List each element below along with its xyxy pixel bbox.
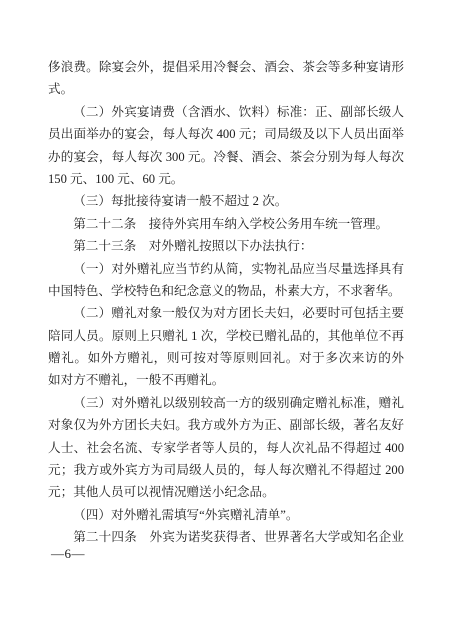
- text-line: 员出面举办的宴会，每人每次 400 元；司局级及以下人员出面举: [48, 123, 404, 145]
- text-line: 式。: [48, 78, 404, 100]
- text-line: 对象仅为外方团长夫妇。我方或外方为正、副部长级，著名友好: [48, 414, 404, 436]
- text-line: 第二十二条 接待外宾用车纳入学校公务用车统一管理。: [48, 213, 404, 235]
- text-line: 办的宴会，每人每次 300 元。冷餐、酒会、茶会分别为每人每次: [48, 146, 404, 168]
- text-line: （四）对外赠礼需填写“外宾赠礼清单”。: [48, 504, 404, 526]
- text-line: 陪同人员。原则上只赠礼 1 次，学校已赠礼品的，其他单位不再: [48, 325, 404, 347]
- text-line: （二）赠礼对象一般仅为对方团长夫妇，必要时可包括主要: [48, 302, 404, 324]
- text-line: （二）外宾宴请费（含酒水、饮料）标准：正、副部长级人: [48, 101, 404, 123]
- text-line: （一）对外赠礼应当节约从简，实物礼品应当尽量选择具有: [48, 258, 404, 280]
- document-page: 侈浪费。除宴会外，提倡采用冷餐会、酒会、茶会等多种宴请形式。（二）外宾宴请费（含…: [0, 0, 452, 622]
- text-line: 元；其他人员可以视情况赠送小纪念品。: [48, 481, 404, 503]
- document-text-block: 侈浪费。除宴会外，提倡采用冷餐会、酒会、茶会等多种宴请形式。（二）外宾宴请费（含…: [48, 56, 404, 549]
- text-line: 赠礼。如外方赠礼，则可按对等原则回礼。对于多次来访的外宾，: [48, 347, 404, 369]
- text-line: 人士、社会名流、专家学者等人员的，每人次礼品不得超过 400: [48, 437, 404, 459]
- text-line: （三）每批接待宴请一般不超过 2 次。: [48, 190, 404, 212]
- text-line: 第二十四条 外宾为诺奖获得者、世界著名大学或知名企业: [48, 526, 404, 548]
- page-number: —6—: [51, 543, 85, 565]
- text-line: （三）对外赠礼以级别较高一方的级别确定赠礼标准，赠礼: [48, 392, 404, 414]
- text-line: 中国特色、学校特色和纪念意义的物品，朴素大方，不求奢华。: [48, 280, 404, 302]
- text-line: 元；我方或外宾方为司局级人员的，每人每次赠礼不得超过 200: [48, 459, 404, 481]
- text-line: 第二十三条 对外赠礼按照以下办法执行：: [48, 235, 404, 257]
- text-line: 如对方不赠礼，一般不再赠礼。: [48, 369, 404, 391]
- text-line: 侈浪费。除宴会外，提倡采用冷餐会、酒会、茶会等多种宴请形: [48, 56, 404, 78]
- text-line: 150 元、100 元、60 元。: [48, 168, 404, 190]
